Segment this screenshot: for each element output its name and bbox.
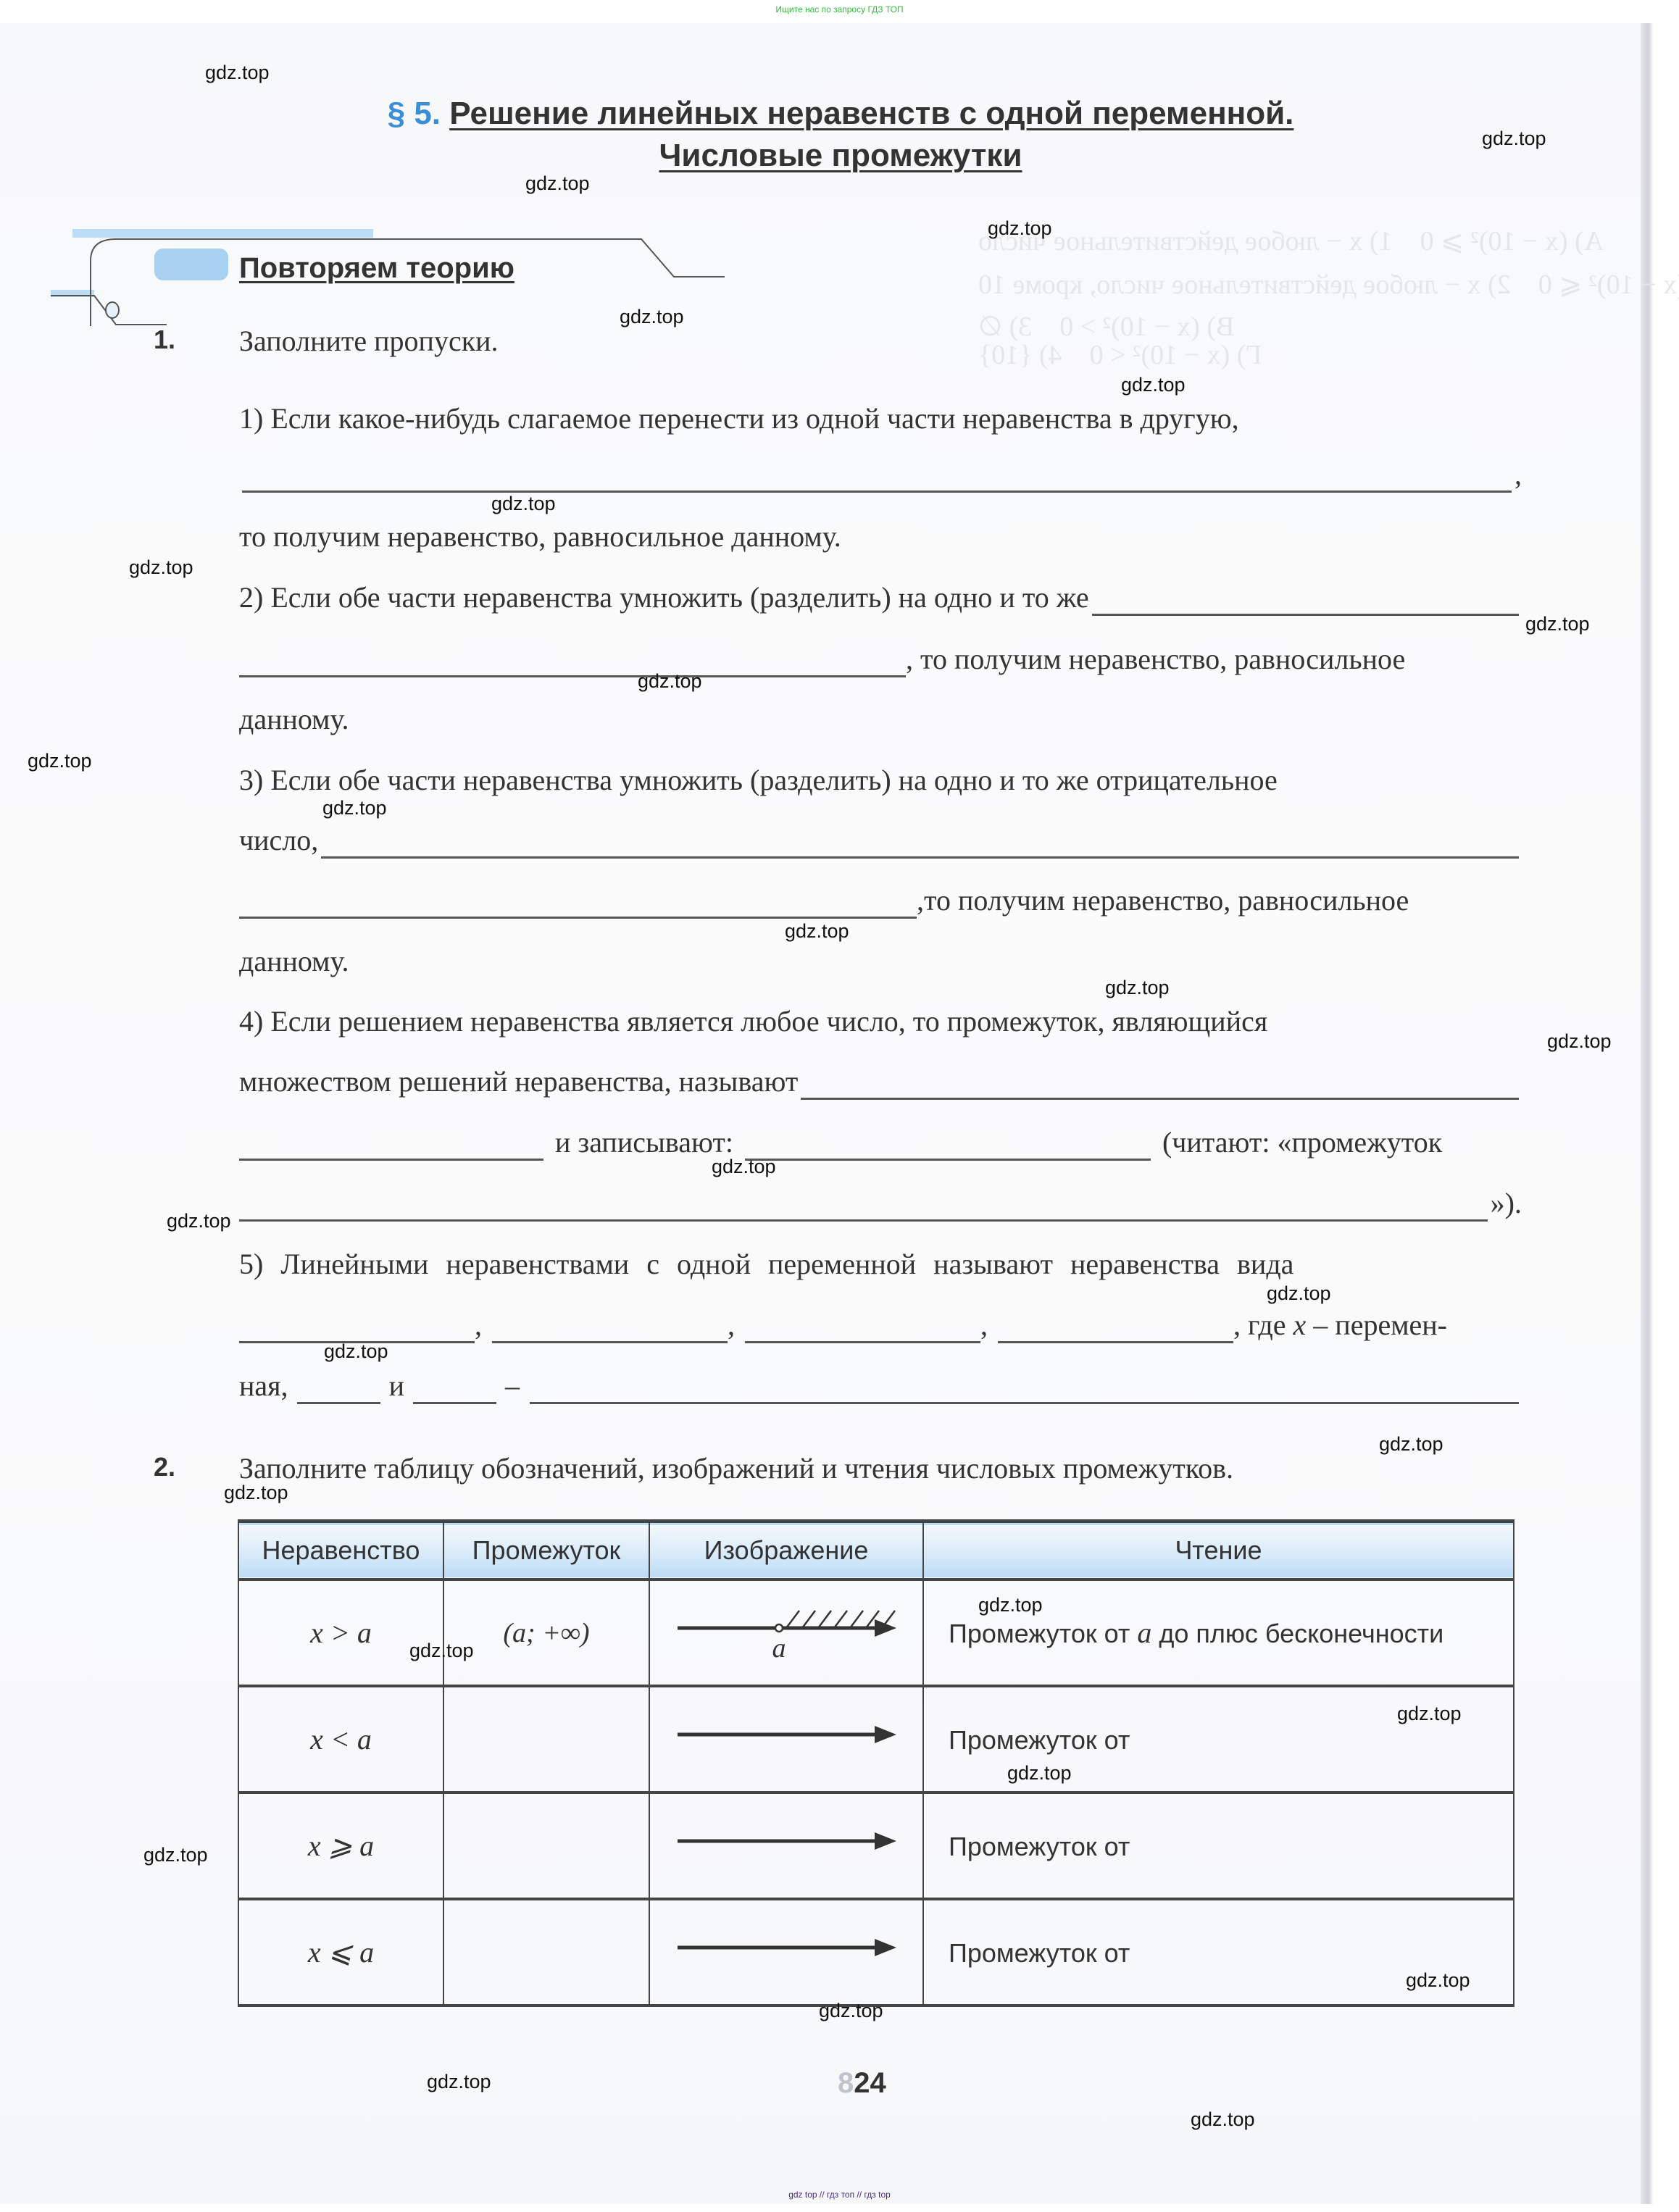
watermark-text: gdz.top [324, 1340, 388, 1363]
number-line-arrow-icon [670, 1914, 902, 1987]
table-row: x < a Промежуток от [238, 1686, 1514, 1792]
watermark-text: gdz.top [620, 306, 684, 328]
item-4-text-e: »). [1491, 1185, 1522, 1222]
watermark-text: gdz.top [491, 493, 556, 515]
table-row: x ⩾ a Промежуток от [238, 1792, 1514, 1899]
watermark-text: gdz.top [819, 2000, 883, 2022]
item-4-line-a: 4) Если решением неравенства является лю… [239, 1003, 1522, 1040]
reading-suffix: до плюс бесконечности [1151, 1619, 1443, 1648]
bottom-promo-banner: gdz top // гдз топ // гдз top [0, 2190, 1679, 2200]
item-4-line-b: множеством решений неравенства, называют [239, 1064, 1522, 1100]
svg-text:a: a [772, 1633, 786, 1664]
watermark-text: gdz.top [1379, 1433, 1443, 1456]
header-reading: Чтение [923, 1522, 1514, 1580]
cell-reading[interactable]: Промежуток от [923, 1792, 1514, 1899]
header-interval: Промежуток [443, 1522, 649, 1580]
watermark-text: gdz.top [224, 1482, 288, 1504]
watermark-text: gdz.top [712, 1156, 776, 1178]
watermark-text: gdz.top [143, 1844, 208, 1866]
header-image: Изображение [649, 1522, 923, 1580]
answer-blank[interactable] [239, 651, 906, 677]
bleed-through-text: Б) (x − 10)² ⩽ 0 2) x − любое действител… [978, 268, 1679, 301]
reading-prefix: Промежуток от [949, 1938, 1130, 1968]
watermark-text: gdz.top [409, 1640, 474, 1662]
comma: , [475, 1307, 482, 1343]
answer-blank[interactable] [801, 1072, 1519, 1100]
page-number-ghost: 8 [838, 2067, 854, 2099]
answer-blank[interactable] [321, 830, 1519, 859]
watermark-text: gdz.top [525, 172, 590, 195]
watermark-text: gdz.top [785, 920, 849, 943]
item-2-text-b: , то получим неравенство, равносильное [906, 641, 1405, 677]
answer-blank[interactable] [745, 1316, 980, 1343]
cell-image[interactable] [649, 1686, 923, 1792]
cell-image[interactable] [649, 1792, 923, 1899]
answer-blank[interactable] [297, 1377, 380, 1404]
answer-blank[interactable] [413, 1377, 496, 1404]
item-5-text-and: и [389, 1368, 404, 1404]
item-3-line-c: ,то получим неравенство, равносильное [239, 882, 1522, 919]
cell-interval[interactable]: (a; +∞) [443, 1579, 649, 1686]
title-line-1: Решение линейных неравенств с одной пере… [449, 96, 1293, 131]
item-2-line-c: данному. [239, 701, 1522, 738]
title-line-2: Числовые промежутки [659, 138, 1022, 173]
cell-inequality: x ⩽ a [238, 1899, 443, 2006]
task-2-number: 2. [154, 1452, 175, 1482]
watermark-text: gdz.top [28, 750, 92, 772]
item-3-line-b: число, [239, 822, 1522, 859]
item-5-text-var: – перемен- [1313, 1307, 1447, 1343]
item-2-text: 2) Если обе части неравенства умножить (… [239, 580, 1089, 616]
watermark-text: gdz.top [1191, 2108, 1255, 2131]
answer-blank[interactable] [998, 1316, 1233, 1343]
intervals-table: Неравенство Промежуток Изображение Чтени… [238, 1519, 1515, 2007]
answer-blank[interactable] [239, 1193, 1488, 1222]
item-5-text-where: , где [1233, 1307, 1286, 1343]
reading-prefix: Промежуток от [949, 1619, 1137, 1648]
item-1-blank-line: , [239, 456, 1522, 493]
item-3-text-b: число, [239, 822, 318, 859]
cell-interval[interactable] [443, 1792, 649, 1899]
item-4-line-c: и записывают: (читают: «промежуток [239, 1124, 1522, 1161]
number-line-arrow-icon [670, 1808, 902, 1880]
top-promo-banner: Ищите нас по запросу ГДЗ ТОП [0, 4, 1679, 14]
item-5-dash: – [505, 1368, 520, 1404]
item-2-line-a: 2) Если обе части неравенства умножить (… [239, 580, 1522, 616]
item-3-line-d: данному. [239, 943, 1522, 980]
reading-prefix: Промежуток от [949, 1832, 1130, 1861]
cell-interval[interactable] [443, 1899, 649, 2006]
item-3-line-a: 3) Если обе части неравенства умножить (… [239, 762, 1522, 798]
reading-prefix: Промежуток от [949, 1725, 1130, 1755]
number-line-arrow-icon: a [670, 1595, 902, 1667]
page-edge-shadow [1641, 23, 1654, 2204]
comma: , [980, 1307, 988, 1343]
watermark-text: gdz.top [1406, 1969, 1470, 1992]
table-row: x > a(a; +∞) a Промежуток от a до плюс б… [238, 1579, 1514, 1686]
watermark-text: gdz.top [1105, 977, 1170, 999]
answer-blank[interactable] [1092, 588, 1519, 616]
item-1-text: 1) Если какое-нибудь слагаемое перенести… [239, 401, 1522, 437]
item-5-line-b: , , , , где x – перемен- [239, 1307, 1522, 1343]
answer-blank[interactable] [492, 1316, 728, 1343]
cell-inequality: x > a [238, 1579, 443, 1686]
answer-blank[interactable] [239, 892, 917, 919]
watermark-text: gdz.top [322, 797, 387, 819]
chapter-title: § 5. Решение линейных неравенств с одной… [326, 93, 1355, 177]
watermark-text: gdz.top [129, 556, 193, 579]
answer-blank[interactable] [239, 1134, 543, 1161]
cell-inequality: x ⩾ a [238, 1792, 443, 1899]
item-1-line-b: то получим неравенство, равносильное дан… [239, 519, 1522, 555]
reading-var: a [1137, 1616, 1151, 1649]
answer-blank[interactable] [745, 1134, 1151, 1161]
answer-blank[interactable] [242, 464, 1512, 493]
task-2-prompt: Заполните таблицу обозначений, изображен… [239, 1451, 1522, 1487]
watermark-text: gdz.top [638, 670, 702, 693]
watermark-text: gdz.top [978, 1594, 1043, 1616]
watermark-text: gdz.top [1121, 374, 1186, 396]
watermark-text: gdz.top [205, 62, 270, 84]
item-3-text-c: ,то получим неравенство, равносильное [917, 882, 1409, 919]
item-4-text-d: (читают: «промежуток [1162, 1124, 1442, 1161]
cell-interval[interactable] [443, 1686, 649, 1792]
table-row: x ⩽ a Промежуток от [238, 1899, 1514, 2006]
section-title: Повторяем теорию [239, 252, 514, 285]
item-5-line-c: ная, и – [239, 1368, 1522, 1404]
watermark-text: gdz.top [1007, 1762, 1072, 1785]
watermark-text: gdz.top [1267, 1282, 1331, 1305]
watermark-text: gdz.top [1525, 613, 1590, 635]
task-1-number: 1. [154, 325, 175, 355]
header-inequality: Неравенство [238, 1522, 443, 1580]
item-4-line-d: »). [239, 1185, 1522, 1222]
cell-image[interactable]: a [649, 1579, 923, 1686]
watermark-text: gdz.top [1547, 1030, 1612, 1053]
item-4-text-c: и записывают: [555, 1124, 733, 1161]
watermark-text: gdz.top [1397, 1703, 1462, 1725]
cell-inequality: x < a [238, 1686, 443, 1792]
watermark-text: gdz.top [1482, 128, 1546, 150]
answer-blank[interactable] [239, 1316, 475, 1343]
item-4-text-b: множеством решений неравенства, называют [239, 1064, 798, 1100]
answer-blank[interactable] [530, 1376, 1519, 1404]
comma: , [1515, 456, 1522, 493]
item-2-line-b: , то получим неравенство, равносильное [239, 641, 1522, 677]
variable-x: x [1293, 1307, 1307, 1343]
cell-image[interactable] [649, 1899, 923, 2006]
bleed-through-text: A) (x − 10)² ⩾ 0 1) x − любое действител… [978, 225, 1604, 257]
page-number-value: 24 [854, 2067, 886, 2099]
table-header-row: Неравенство Промежуток Изображение Чтени… [238, 1522, 1514, 1580]
comma: , [728, 1307, 735, 1343]
number-line-arrow-icon [670, 1701, 902, 1774]
task-1-prompt: Заполните пропуски. [239, 323, 1522, 359]
item-1-line-a: 1) Если какое-нибудь слагаемое перенести… [239, 401, 1239, 437]
section-badge [154, 249, 228, 280]
watermark-text: gdz.top [427, 2071, 491, 2093]
item-5-line-a: 5) Линейными неравенствами с одной перем… [239, 1246, 1522, 1282]
item-5-text-d: ная, [239, 1368, 288, 1404]
page-number: 824 [838, 2067, 886, 2100]
paragraph-number: § 5. [388, 96, 441, 131]
watermark-text: gdz.top [988, 217, 1052, 240]
watermark-text: gdz.top [167, 1210, 231, 1232]
